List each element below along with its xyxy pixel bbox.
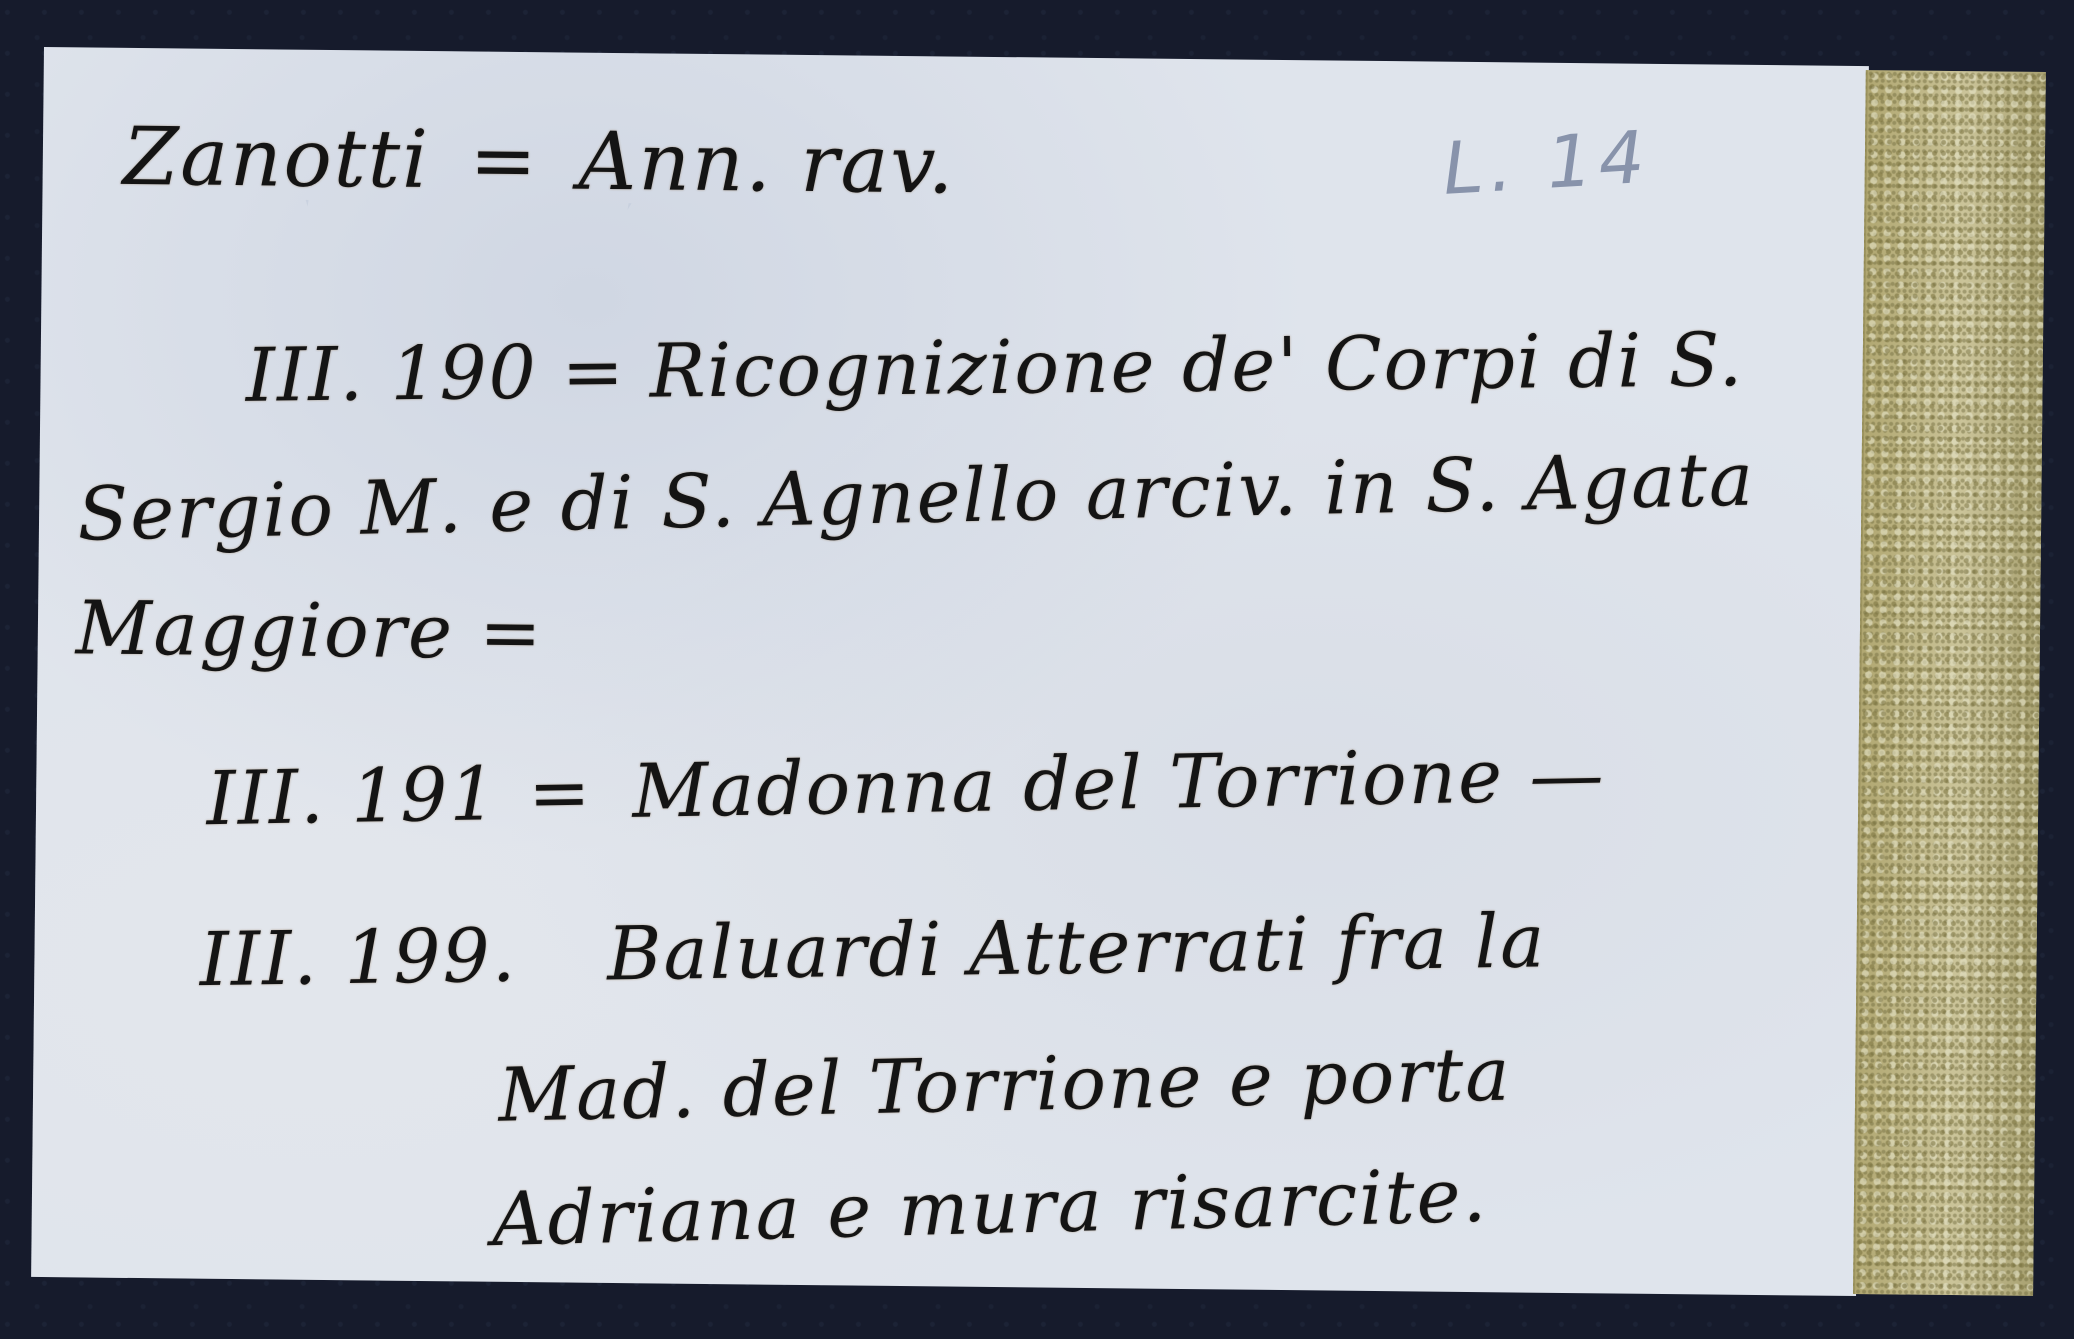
pencil-annotation: L. 14 — [1441, 115, 1653, 211]
entry-2-line-1: III. 191=Madonna del Torrione — — [206, 732, 1607, 842]
entry-1-text-3: Maggiore = — [75, 585, 543, 676]
entry-2-ref: III. 191 — [206, 751, 499, 842]
note-card: Zanotti=Ann. rav. L. 14 III. 190=Ricogni… — [31, 47, 2034, 1298]
entry-1-line-1: III. 190=Ricognizione de' Corpi di S. — [245, 317, 1744, 419]
header-author: Zanotti — [122, 110, 430, 206]
entry-3-line-3: Adriana e mura risarcite. — [491, 1153, 1489, 1263]
entry-1-line-2: Sergio M. e di S. Agnello arciv. in S. A… — [77, 437, 1756, 558]
entry-1-text-2: Sergio M. e di S. Agnello arciv. in S. A… — [77, 437, 1756, 558]
entry-1-separator: = — [561, 329, 626, 416]
entry-1-ref: III. 190 — [245, 330, 538, 419]
header-source: Ann. rav. — [578, 115, 956, 212]
entry-1-line-3: Maggiore = — [75, 585, 543, 676]
entry-3-text-1: Baluardi Atterrati fra la — [607, 898, 1547, 997]
entry-3-line-2: Mad. del Torrione e porta — [497, 1032, 1512, 1139]
entry-3-ref: III. 199. — [199, 913, 518, 1003]
entry-1-text-1: Ricognizione de' Corpi di S. — [649, 317, 1744, 414]
entry-2-separator: = — [528, 750, 594, 837]
paper-sheet: Zanotti=Ann. rav. L. 14 III. 190=Ricogni… — [31, 47, 1869, 1296]
entry-3-line-1: III. 199.Baluardi Atterrati fra la — [199, 898, 1547, 1003]
entry-3-text-3: Adriana e mura risarcite. — [491, 1153, 1489, 1263]
entry-3-text-2: Mad. del Torrione e porta — [497, 1032, 1512, 1139]
entry-2-text-1: Madonna del Torrione — — [632, 732, 1607, 835]
header-line: Zanotti=Ann. rav. — [122, 110, 956, 212]
adhesive-tape-strip — [1853, 70, 2046, 1296]
header-separator: = — [469, 113, 539, 207]
